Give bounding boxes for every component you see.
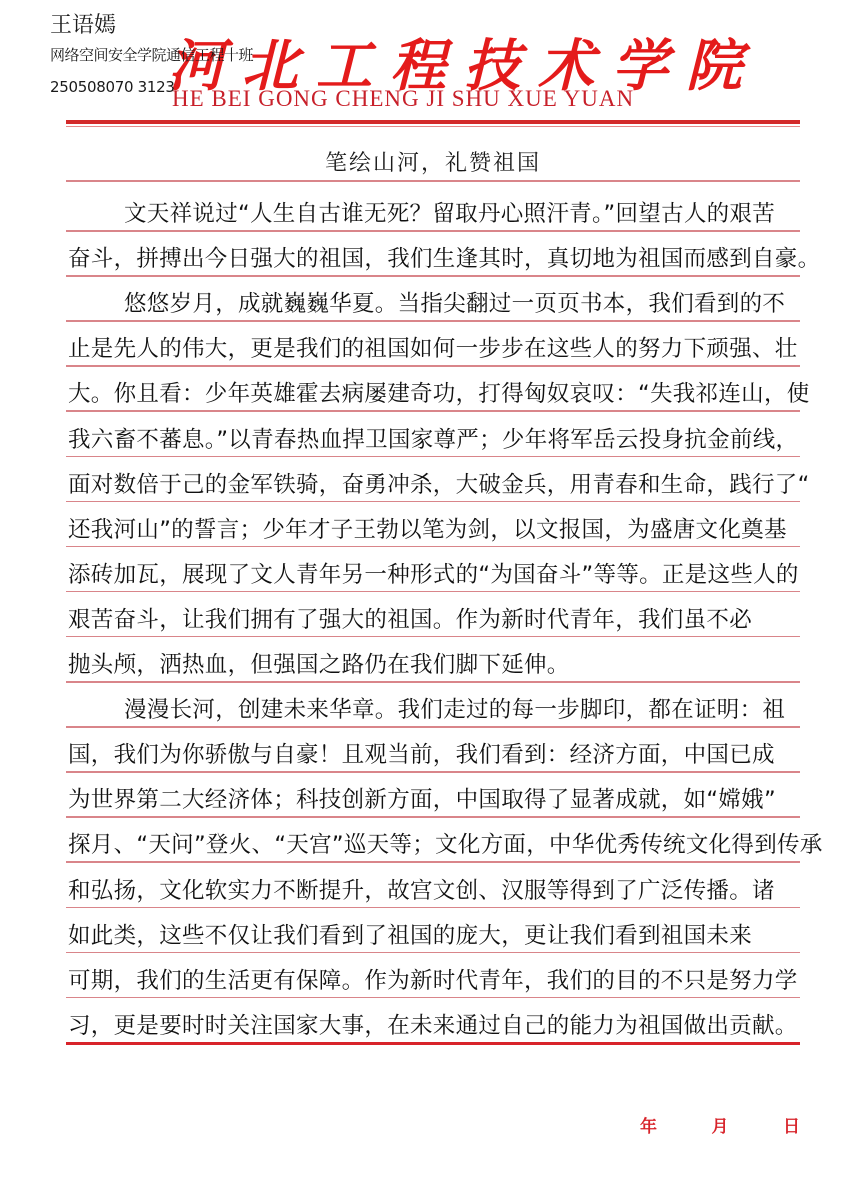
essay-line: 习，更是要时时关注国家大事，在未来通过自己的能力为祖国做出贡献。 [68,1008,798,1040]
ruled-line [66,952,800,954]
author-student-id: 250508070 3123 [50,78,175,96]
ruled-line [66,365,800,367]
essay-line: 为世界第二大经济体；科技创新方面，中国取得了显著成就，如“嫦娥” [68,782,798,814]
ruled-line [66,501,800,503]
essay-line: 探月、“天问”登火、“天宫”巡天等；文化方面，中华优秀传统文化得到传承 [68,827,798,859]
essay-line: 还我河山”的誓言；少年才子王勃以笔为剑，以文报国，为盛唐文化奠基 [68,512,798,544]
essay-line: 大。你且看：少年英雄霍去病屡建奇功，打得匈奴哀叹：“失我祁连山，使 [68,376,798,408]
ruled-line [66,320,800,322]
ruled-line [66,861,800,863]
title-rule [66,180,800,182]
ruled-line [66,681,800,683]
essay-line: 国，我们为你骄傲与自豪！且观当前，我们看到：经济方面，中国已成 [68,737,798,769]
ruled-line [66,546,800,548]
date-row: 年 月 日 [640,1112,800,1137]
ruled-line [66,275,800,277]
essay-line: 和弘扬，文化软实力不断提升，故宫文创、汉服等得到了广泛传播。诸 [68,873,798,905]
essay-line: 抛头颅，洒热血，但强国之路仍在我们脚下延伸。 [68,647,798,679]
essay-line: 添砖加瓦，展现了文人青年另一种形式的“为国奋斗”等等。正是这些人的 [68,557,798,589]
essay-title: 笔绘山河，礼赞祖国 [0,146,866,177]
ruled-line [66,456,800,458]
month-label: 月 [712,1112,729,1137]
ruled-line [66,907,800,909]
year-label: 年 [640,1112,657,1137]
ruled-line [66,771,800,773]
essay-line: 面对数倍于己的金军铁骑，奋勇冲杀，大破金兵，用青春和生命，践行了“ [68,467,798,499]
letterhead-rule [66,120,800,124]
essay-line: 止是先人的伟大，更是我们的祖国如何一步步在这些人的努力下顽强、壮 [68,331,798,363]
essay-line: 漫漫长河，创建未来华章。我们走过的每一步脚印，都在证明：祖 [68,692,798,724]
essay-line: 文天祥说过“人生自古谁无死？留取丹心照汗青。”回望古人的艰苦 [68,196,798,228]
essay-line: 如此类，这些不仅让我们看到了祖国的庞大，更让我们看到祖国未来 [68,918,798,950]
ruled-line [66,1042,800,1045]
essay-line: 艰苦奋斗，让我们拥有了强大的祖国。作为新时代青年，我们虽不必 [68,602,798,634]
ruled-line [66,726,800,728]
essay-line: 奋斗，拼搏出今日强大的祖国，我们生逢其时，真切地为祖国而感到自豪。 [68,241,798,273]
author-name: 王语嫣 [50,8,116,39]
ruled-line [66,997,800,999]
ruled-line [66,591,800,593]
letterhead-rule-thin [66,126,800,127]
author-department: 网络空间安全学院通信工程十班 [50,44,253,65]
essay-line: 我六畜不蕃息。”以青春热血捍卫国家尊严；少年将军岳云投身抗金前线， [68,422,798,454]
ruled-line [66,636,800,638]
essay-line: 悠悠岁月，成就巍巍华夏。当指尖翻过一页页书本，我们看到的不 [68,286,798,318]
ruled-line [66,816,800,818]
essay-line: 可期，我们的生活更有保障。作为新时代青年，我们的目的不只是努力学 [68,963,798,995]
ruled-line [66,230,800,232]
ruled-line [66,410,800,412]
day-label: 日 [783,1112,800,1137]
